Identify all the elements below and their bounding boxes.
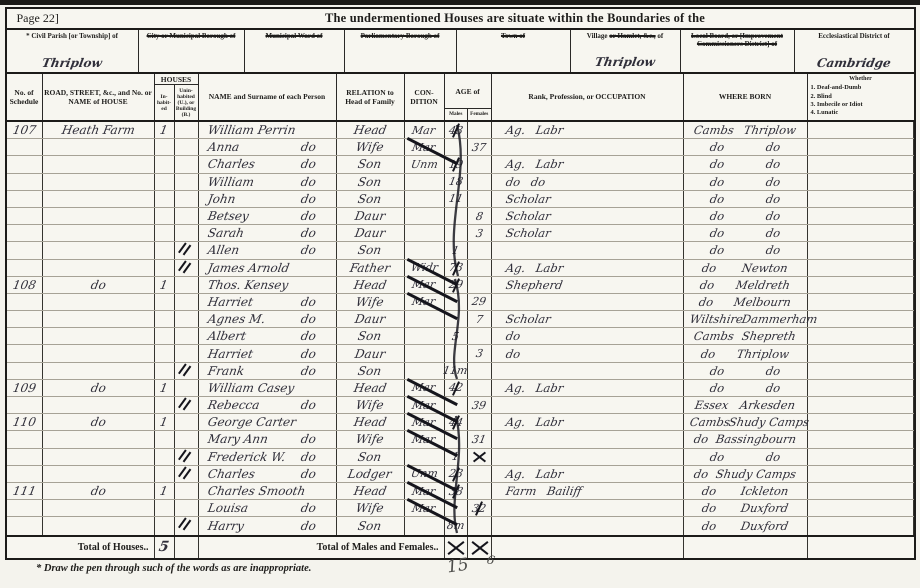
- schedule-number: [7, 156, 43, 172]
- inhabited-mark: [155, 449, 175, 465]
- inhabited-mark: [155, 466, 175, 482]
- infirmity-notes: [808, 260, 914, 276]
- person-name: Frederick W.do: [199, 449, 337, 465]
- occupation: Ag. Labr: [492, 414, 684, 430]
- occupation: Ag. Labr: [492, 156, 684, 172]
- house-name: do: [43, 380, 155, 396]
- uninhabited-mark: [175, 225, 199, 241]
- infirmity-notes: [808, 500, 914, 516]
- geo-column: Local Board, or [Improvement Commissione…: [681, 30, 795, 72]
- table-row: 108do1Thos. KenseyHeadMar29ShepherddoMel…: [7, 277, 914, 294]
- census-sheet: Page 22] The undermentioned Houses are s…: [5, 7, 916, 560]
- uninhabited-mark: [175, 139, 199, 155]
- infirmity-notes: [808, 363, 914, 379]
- person-name: Thos. Kensey: [199, 277, 337, 293]
- marital-condition: [405, 191, 445, 207]
- relation-to-head: Daur: [337, 208, 405, 224]
- infirmity-notes: [808, 517, 914, 534]
- marital-condition: [405, 174, 445, 190]
- house-name: do: [43, 277, 155, 293]
- inhabited-mark: 1: [155, 483, 175, 499]
- marital-condition: [405, 449, 445, 465]
- uninhabited-mark: [175, 294, 199, 310]
- totals-occupation-cell: [492, 537, 684, 558]
- header-schedule: No. of Schedule: [7, 74, 43, 120]
- table-row: FrankdoSon11mdodo: [7, 363, 914, 380]
- infirmity-notes: [808, 156, 914, 172]
- where-born: doMeldreth: [684, 277, 808, 293]
- page-number: Page 22]: [7, 11, 157, 26]
- geo-column: Ecclesiastical District ofCambridge: [795, 30, 914, 72]
- table-row: AnnadoWifeMar37dodo: [7, 139, 914, 156]
- geo-column: Town of: [457, 30, 571, 72]
- table-row: Agnes M.doDaur7ScholarWiltshireDammerham: [7, 311, 914, 328]
- marital-condition: Mar: [405, 139, 445, 155]
- age-female: [468, 174, 492, 190]
- geo-column-label: City or Municipal Borough of: [142, 32, 241, 40]
- schedule-number: [7, 260, 43, 276]
- relation-to-head: Lodger: [337, 466, 405, 482]
- relation-to-head: Wife: [337, 397, 405, 413]
- house-name: [43, 449, 155, 465]
- header-where-born: WHERE BORN: [684, 74, 808, 120]
- inhabited-mark: [155, 225, 175, 241]
- person-name: Mary Anndo: [199, 431, 337, 447]
- crossed-out-mark: [447, 539, 464, 556]
- uninhabited-mark: [175, 174, 199, 190]
- where-born: dodo: [684, 449, 808, 465]
- inhabited-mark: [155, 191, 175, 207]
- person-name: Johndo: [199, 191, 337, 207]
- occupation: Scholar: [492, 208, 684, 224]
- where-born: dodo: [684, 242, 808, 258]
- crossed-out-mark: [471, 539, 488, 556]
- occupation: Farm Bailiff: [492, 483, 684, 499]
- header-houses: HOUSES: [155, 74, 198, 84]
- schedule-number: 107: [7, 122, 43, 138]
- relation-to-head: Son: [337, 191, 405, 207]
- uninhabited-mark: [175, 208, 199, 224]
- relation-to-head: Head: [337, 483, 405, 499]
- inhabited-mark: 1: [155, 122, 175, 138]
- occupation: [492, 431, 684, 447]
- person-name: James Arnold: [199, 260, 337, 276]
- marital-condition: Mar: [405, 122, 445, 138]
- table-row: JohndoSon11Scholardodo: [7, 191, 914, 208]
- house-name: Heath Farm: [43, 122, 155, 138]
- occupation: [492, 139, 684, 155]
- schedule-number: 110: [7, 414, 43, 430]
- schedule-number: [7, 191, 43, 207]
- geo-handwritten-value: Cambridge: [795, 53, 914, 71]
- marital-condition: [405, 208, 445, 224]
- house-name: [43, 517, 155, 534]
- infirmity-notes: [808, 277, 914, 293]
- uninhabited-mark: [175, 380, 199, 396]
- schedule-number: 111: [7, 483, 43, 499]
- table-row: AllendoSon1dodo: [7, 242, 914, 259]
- where-born: dodo: [684, 174, 808, 190]
- age-male: 43: [445, 122, 468, 138]
- marital-condition: [405, 328, 445, 344]
- occupation: Scholar: [492, 191, 684, 207]
- age-female: [468, 156, 492, 172]
- age-female: 37: [468, 139, 492, 155]
- uninhabited-mark: [175, 277, 199, 293]
- totals-born-cell: [684, 537, 808, 558]
- inhabited-mark: [155, 156, 175, 172]
- header-relation: RELATION to Head of Family: [337, 74, 405, 120]
- house-name: [43, 397, 155, 413]
- marital-condition: Mar: [405, 431, 445, 447]
- footnote: * Draw the pen through such of the words…: [36, 563, 920, 574]
- house-name: [43, 500, 155, 516]
- uninhabited-mark: [175, 328, 199, 344]
- header-houses-subrow: In-habit-ed Unin-habited (U.), or Buildi…: [155, 84, 198, 120]
- inhabited-mark: [155, 328, 175, 344]
- age-male: [445, 345, 468, 361]
- where-born: doIckleton: [684, 483, 808, 499]
- schedule-number: 108: [7, 277, 43, 293]
- table-row: 109do1William CaseyHeadMar42Ag. Labrdodo: [7, 380, 914, 397]
- inhabited-mark: [155, 139, 175, 155]
- total-males-females-label: Total of Males and Females..: [199, 537, 445, 558]
- header-age-subrow: Males Females: [445, 108, 491, 120]
- relation-to-head: Wife: [337, 139, 405, 155]
- occupation: [492, 294, 684, 310]
- house-name: do: [43, 414, 155, 430]
- geo-column-label: Municipal Ward of: [248, 32, 341, 40]
- inhabited-mark: [155, 517, 175, 534]
- age-female: [468, 277, 492, 293]
- relation-to-head: Son: [337, 363, 405, 379]
- age-male: 23: [445, 466, 468, 482]
- uninhabited-mark: [175, 431, 199, 447]
- schedule-number: [7, 517, 43, 534]
- infirmity-notes: [808, 139, 914, 155]
- occupation: Ag. Labr: [492, 466, 684, 482]
- geo-column-label: Ecclesiastical District of: [798, 32, 911, 40]
- table-row: SarahdoDaur3Scholardodo: [7, 225, 914, 242]
- geo-column: * Civil Parish [or Township] ofThriplow: [7, 30, 139, 72]
- header-uninhabited: Unin-habited (U.), or Building (B.): [175, 85, 198, 120]
- inhabited-mark: 1: [155, 380, 175, 396]
- house-name: [43, 139, 155, 155]
- age-female: 39: [468, 397, 492, 413]
- where-born: doNewton: [684, 260, 808, 276]
- geo-column-label: Local Board, or [Improvement Commissione…: [684, 32, 791, 49]
- marital-condition: [405, 517, 445, 534]
- header-condition: CON- DITION: [405, 74, 445, 120]
- where-born: doDuxford: [684, 517, 808, 534]
- infirmity-notes: [808, 397, 914, 413]
- header-age: AGE of: [445, 74, 491, 108]
- infirmity-notes: [808, 345, 914, 361]
- uninhabited-mark: [175, 345, 199, 361]
- header-males: Males: [445, 109, 469, 120]
- geo-column-label: * Civil Parish [or Township] of: [10, 32, 135, 40]
- marital-condition: [405, 225, 445, 241]
- age-female: [468, 414, 492, 430]
- schedule-number: [7, 294, 43, 310]
- schedule-number: [7, 500, 43, 516]
- relation-to-head: Wife: [337, 431, 405, 447]
- house-name: [43, 363, 155, 379]
- inhabited-mark: [155, 260, 175, 276]
- relation-to-head: Head: [337, 414, 405, 430]
- person-name: Annado: [199, 139, 337, 155]
- occupation: Ag. Labr: [492, 260, 684, 276]
- relation-to-head: Son: [337, 156, 405, 172]
- house-name: [43, 260, 155, 276]
- occupation: [492, 500, 684, 516]
- person-name: Harrydo: [199, 517, 337, 534]
- where-born: dodo: [684, 225, 808, 241]
- header-houses-group: HOUSES In-habit-ed Unin-habited (U.), or…: [155, 74, 199, 120]
- relation-to-head: Daur: [337, 311, 405, 327]
- house-name: [43, 294, 155, 310]
- table-row: BetseydoDaur8Scholardodo: [7, 208, 914, 225]
- inhabited-mark: [155, 500, 175, 516]
- relation-to-head: Son: [337, 517, 405, 534]
- schedule-number: [7, 208, 43, 224]
- infirmity-notes: [808, 294, 914, 310]
- relation-to-head: Son: [337, 328, 405, 344]
- schedule-number: [7, 449, 43, 465]
- geo-column-label: Town of: [460, 32, 567, 40]
- schedule-number: [7, 328, 43, 344]
- age-female: 32: [468, 500, 492, 516]
- inhabited-mark: [155, 397, 175, 413]
- banner-title: The undermentioned Houses are situate wi…: [157, 11, 914, 26]
- total-houses-label: Total of Houses..: [7, 537, 155, 558]
- geo-column: Village or Hamlet, &c., ofThriplow: [571, 30, 681, 72]
- infirmity-notes: [808, 122, 914, 138]
- inhabited-mark: [155, 294, 175, 310]
- table-row: Frederick W.doSon1dodo: [7, 449, 914, 466]
- infirmity-notes: [808, 380, 914, 396]
- relation-to-head: Son: [337, 174, 405, 190]
- schedule-number: [7, 311, 43, 327]
- table-row: 107Heath Farm1William PerrinHeadMar43Ag.…: [7, 122, 914, 139]
- table-header: No. of Schedule ROAD, STREET, &c., and N…: [7, 74, 914, 122]
- header-age-group: AGE of Males Females: [445, 74, 492, 120]
- schedule-number: [7, 139, 43, 155]
- scan-edge-artifact: [0, 0, 920, 5]
- age-female: 31: [468, 431, 492, 447]
- inhabited-mark: 1: [155, 414, 175, 430]
- occupation: do: [492, 328, 684, 344]
- person-name: Frankdo: [199, 363, 337, 379]
- header-infirmity: Whether 1. Deaf-and-Dumb 2. Blind 3. Imb…: [808, 74, 914, 120]
- age-female: [468, 328, 492, 344]
- where-born: doBassingbourn: [684, 431, 808, 447]
- where-born: CambsShepreth: [684, 328, 808, 344]
- person-name: Allendo: [199, 242, 337, 258]
- table-row: CharlesdoLodgerUnm23Ag. LabrdoShudy Camp…: [7, 466, 914, 483]
- infirmity-notes: [808, 191, 914, 207]
- occupation: [492, 242, 684, 258]
- banner: Page 22] The undermentioned Houses are s…: [7, 9, 914, 30]
- pencil-note: 15: [446, 555, 470, 578]
- table-row: 110do1George CarterHeadMar44Ag. LabrCamb…: [7, 414, 914, 431]
- schedule-number: [7, 466, 43, 482]
- where-born: dodo: [684, 363, 808, 379]
- person-name: Rebeccado: [199, 397, 337, 413]
- marital-condition: [405, 363, 445, 379]
- person-name: Agnes M.do: [199, 311, 337, 327]
- where-born: doThriplow: [684, 345, 808, 361]
- uninhabited-mark: [175, 311, 199, 327]
- age-female: 3: [468, 225, 492, 241]
- uninhabited-mark: [175, 500, 199, 516]
- geo-column: Parliamentary Borough of: [345, 30, 457, 72]
- geo-handwritten-value: Thriplow: [7, 53, 138, 71]
- infirmity-notes: [808, 328, 914, 344]
- infirmity-item: 1. Deaf-and-Dumb: [811, 84, 862, 92]
- house-name: [43, 328, 155, 344]
- age-male: [445, 139, 468, 155]
- marital-condition: Mar: [405, 277, 445, 293]
- total-uninhabited-value: [175, 537, 199, 558]
- house-name: [43, 208, 155, 224]
- person-name: Harrietdo: [199, 345, 337, 361]
- person-name: Albertdo: [199, 328, 337, 344]
- geo-handwritten-value: Thriplow: [571, 55, 680, 71]
- totals-infirmity-cell: [808, 537, 914, 558]
- house-name: [43, 156, 155, 172]
- infirmity-notes: [808, 431, 914, 447]
- person-name: George Carter: [199, 414, 337, 430]
- table-row: James ArnoldFatherWidr73Ag. LabrdoNewton: [7, 260, 914, 277]
- marital-condition: Mar: [405, 500, 445, 516]
- house-name: [43, 311, 155, 327]
- census-rows: 107Heath Farm1William PerrinHeadMar43Ag.…: [7, 122, 914, 535]
- house-name: [43, 466, 155, 482]
- relation-to-head: Head: [337, 380, 405, 396]
- age-male: 73: [445, 260, 468, 276]
- age-male: 11: [445, 191, 468, 207]
- where-born: doShudy Camps: [684, 466, 808, 482]
- house-name: [43, 345, 155, 361]
- age-male: 11m: [445, 363, 468, 379]
- relation-to-head: Wife: [337, 294, 405, 310]
- total-houses-value: 5: [155, 537, 175, 558]
- house-name: [43, 225, 155, 241]
- age-female: [468, 483, 492, 499]
- table-row: LouisadoWifeMar32doDuxford: [7, 500, 914, 517]
- age-male: [445, 208, 468, 224]
- marital-condition: Mar: [405, 483, 445, 499]
- house-name: [43, 174, 155, 190]
- schedule-number: 109: [7, 380, 43, 396]
- table-row: Mary AnndoWifeMar31doBassingbourn: [7, 431, 914, 448]
- infirmity-item: 4. Lunatic: [811, 109, 839, 117]
- schedule-number: [7, 174, 43, 190]
- schedule-number: [7, 363, 43, 379]
- inhabited-mark: [155, 242, 175, 258]
- inhabited-mark: [155, 208, 175, 224]
- geo-column: City or Municipal Borough of: [139, 30, 245, 72]
- table-row: AlbertdoSon5doCambsShepreth: [7, 328, 914, 345]
- table-row: RebeccadoWifeMar39EssexArkesden: [7, 397, 914, 414]
- marital-condition: Widr: [405, 260, 445, 276]
- occupation: Ag. Labr: [492, 380, 684, 396]
- age-male: 1: [445, 242, 468, 258]
- infirmity-notes: [808, 449, 914, 465]
- age-female: [468, 517, 492, 534]
- person-name: Charlesdo: [199, 466, 337, 482]
- age-female: [468, 191, 492, 207]
- person-name: William Perrin: [199, 122, 337, 138]
- relation-to-head: Son: [337, 242, 405, 258]
- uninhabited-mark: [175, 122, 199, 138]
- geo-column-label: Parliamentary Borough of: [348, 32, 453, 40]
- header-occupation: Rank, Profession, or OCCUPATION: [492, 74, 684, 120]
- where-born: CambsThriplow: [684, 122, 808, 138]
- person-name: Harrietdo: [199, 294, 337, 310]
- uninhabited-mark: [175, 191, 199, 207]
- age-male: [445, 225, 468, 241]
- occupation: Scholar: [492, 311, 684, 327]
- age-female: 29: [468, 294, 492, 310]
- header-infirmity-title: Whether: [811, 76, 911, 84]
- infirmity-item: 2. Blind: [811, 93, 832, 101]
- header-inhabited: In-habit-ed: [155, 85, 175, 120]
- inhabited-mark: [155, 431, 175, 447]
- infirmity-item: 3. Imbecile or Idiot: [811, 101, 863, 109]
- infirmity-notes: [808, 208, 914, 224]
- person-name: Sarahdo: [199, 225, 337, 241]
- table-row: WilliamdoSon18do dododo: [7, 174, 914, 191]
- age-female: 3: [468, 345, 492, 361]
- where-born: dodo: [684, 139, 808, 155]
- age-male: 5: [445, 328, 468, 344]
- age-female: [468, 466, 492, 482]
- relation-to-head: Son: [337, 449, 405, 465]
- age-female: [468, 363, 492, 379]
- table-row: HarrietdoDaur3dodoThriplow: [7, 345, 914, 362]
- uninhabited-mark: [175, 414, 199, 430]
- relation-to-head: Father: [337, 260, 405, 276]
- relation-to-head: Head: [337, 122, 405, 138]
- marital-condition: Unm: [405, 156, 445, 172]
- crossed-out-mark: [473, 450, 486, 463]
- where-born: dodo: [684, 156, 808, 172]
- person-name: William Casey: [199, 380, 337, 396]
- person-name: Williamdo: [199, 174, 337, 190]
- relation-to-head: Daur: [337, 345, 405, 361]
- marital-condition: [405, 345, 445, 361]
- uninhabited-mark: [175, 483, 199, 499]
- house-name: [43, 191, 155, 207]
- house-name: [43, 242, 155, 258]
- geo-column: Municipal Ward of: [245, 30, 345, 72]
- occupation: Ag. Labr: [492, 122, 684, 138]
- header-females: Females: [468, 109, 491, 120]
- occupation: Scholar: [492, 225, 684, 241]
- occupation: [492, 363, 684, 379]
- where-born: doMelbourn: [684, 294, 808, 310]
- relation-to-head: Daur: [337, 225, 405, 241]
- inhabited-mark: [155, 363, 175, 379]
- occupation: do do: [492, 174, 684, 190]
- table-row: 111do1Charles SmoothHeadMar38Farm Bailif…: [7, 483, 914, 500]
- person-name: Louisado: [199, 500, 337, 516]
- where-born: doDuxford: [684, 500, 808, 516]
- occupation: Shepherd: [492, 277, 684, 293]
- marital-condition: Mar: [405, 294, 445, 310]
